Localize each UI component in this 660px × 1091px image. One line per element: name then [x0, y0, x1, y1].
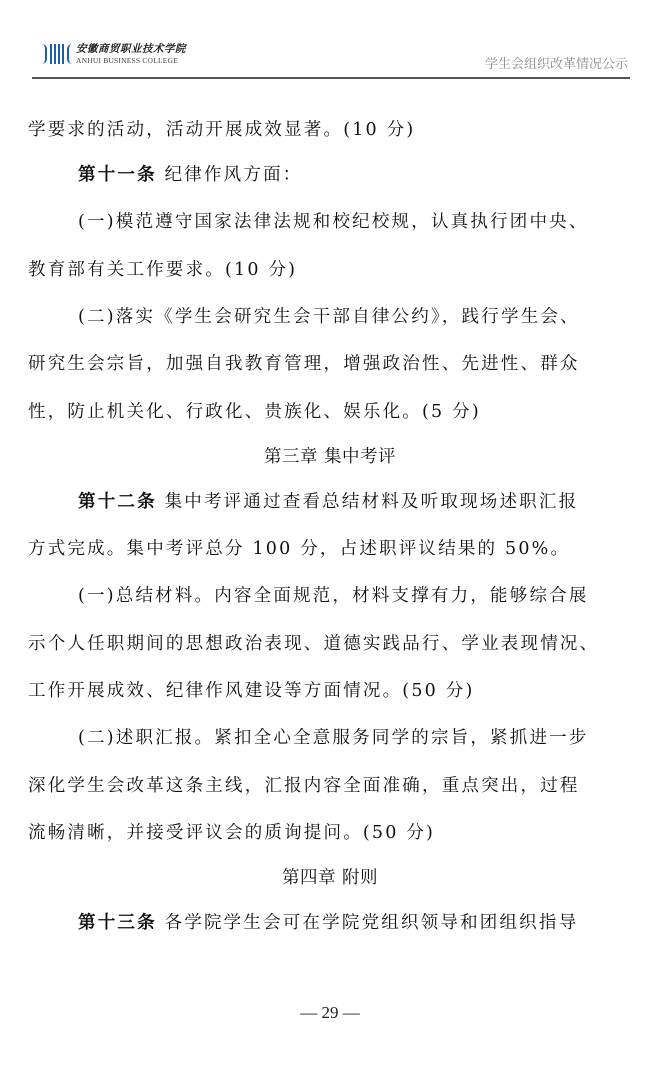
header-title: 学生会组织改革情况公示: [485, 53, 628, 72]
article-text: 各学院学生会可在学院党组织领导和团组织指导: [165, 913, 579, 933]
paragraph-line: 学要求的活动，活动开展成效显著。(10 分): [28, 119, 415, 141]
article-label: 第十一条: [78, 165, 157, 185]
page-header: 安徽商贸职业技术学院 ANHUI BUSINESS COLLEGE 学生会组织改…: [32, 38, 630, 78]
paragraph-line: 研究生会宗旨，加强自我教育管理，增强政治性、先进性、群众: [28, 353, 580, 375]
paragraph-line: 性，防止机关化、行政化、贵族化、娱乐化。(5 分): [28, 401, 481, 423]
article-11: 第十一条 纪律作风方面：: [78, 164, 302, 186]
article-12: 第十二条 集中考评通过查看总结材料及听取现场述职汇报: [78, 491, 578, 513]
article-text: 纪律作风方面：: [165, 165, 303, 185]
paragraph-line: (二)述职汇报。紧扣全心全意服务同学的宗旨，紧抓进一步: [78, 727, 589, 749]
paragraph-line: (二)落实《学生会研究生会干部自律公约》，践行学生会、: [78, 306, 580, 328]
page-number: — 29 —: [0, 1003, 660, 1023]
paragraph-line: 流畅清晰，并接受评议会的质询提问。(50 分): [28, 822, 435, 844]
paragraph-line: 工作开展成效、纪律作风建设等方面情况。(50 分): [28, 680, 474, 702]
article-label: 第十二条: [78, 492, 157, 512]
header-divider: [32, 77, 630, 79]
chapter-heading: 第四章 附则: [28, 867, 632, 889]
chapter-heading: 第三章 集中考评: [28, 446, 632, 468]
paragraph-line: 深化学生会改革这条主线，汇报内容全面准确，重点突出，过程: [28, 775, 580, 797]
paragraph-line: (一)总结材料。内容全面规范，材料支撑有力，能够综合展: [78, 585, 589, 607]
college-name-cn: 安徽商贸职业技术学院: [76, 44, 186, 55]
college-logo-icon: [42, 42, 72, 66]
article-text: 集中考评通过查看总结材料及听取现场述职汇报: [165, 492, 579, 512]
college-logo: 安徽商贸职业技术学院 ANHUI BUSINESS COLLEGE: [42, 42, 186, 66]
article-label: 第十三条: [78, 913, 157, 933]
paragraph-line: 教育部有关工作要求。(10 分): [28, 259, 297, 281]
college-name-en: ANHUI BUSINESS COLLEGE: [76, 57, 186, 65]
paragraph-line: 示个人任职期间的思想政治表现、道德实践品行、学业表现情况、: [28, 633, 599, 655]
article-13: 第十三条 各学院学生会可在学院党组织领导和团组织指导: [78, 912, 578, 934]
paragraph-line: (一)模范遵守国家法律法规和校纪校规，认真执行团中央、: [78, 211, 589, 233]
paragraph-line: 方式完成。集中考评总分 100 分，占述职评议结果的 50%。: [28, 538, 570, 560]
